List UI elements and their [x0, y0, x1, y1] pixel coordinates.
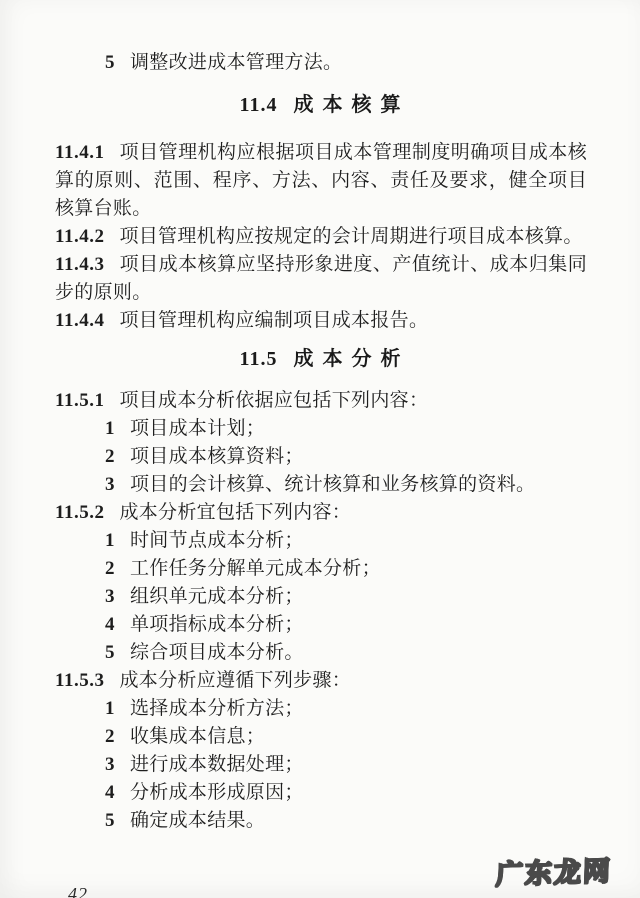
list-item-number: 2 [105, 558, 115, 579]
clause-11-4-2: 11.4.2项目管理机构应按规定的会计周期进行项目成本核算。 [55, 223, 587, 251]
section-number: 11.4 [240, 94, 278, 116]
list-item-number: 2 [105, 726, 115, 747]
list-item-number: 1 [105, 530, 115, 551]
list-item: 5综合项目成本分析。 [55, 639, 587, 667]
clause-11-4-3: 11.4.3项目成本核算应坚持形象进度、产值统计、成本归集同步的原则。 [55, 251, 587, 307]
list-item-text: 组织单元成本分析； [130, 586, 304, 607]
clause-number: 11.5.1 [55, 390, 104, 411]
clause-text: 项目成本分析依据应包括下列内容： [119, 390, 428, 411]
list-item-number: 4 [105, 614, 115, 635]
list-item-number: 5 [105, 642, 115, 663]
list-item-number: 2 [105, 446, 115, 467]
clause-11-5-3: 11.5.3成本分析应遵循下列步骤： [55, 667, 587, 695]
list-item-number: 3 [105, 474, 115, 495]
list-item-text: 收集成本信息； [130, 726, 265, 747]
list-item-text: 单项指标成本分析； [130, 614, 304, 635]
list-item-text: 综合项目成本分析。 [130, 642, 304, 663]
list-item-number: 4 [105, 782, 115, 803]
list-item: 3进行成本数据处理； [55, 751, 587, 779]
clause-text: 成本分析应遵循下列步骤： [119, 670, 351, 691]
document-page: 5调整改进成本管理方法。 11.4成 本 核 算 11.4.1项目管理机构应根据… [0, 0, 640, 898]
list-item-number: 1 [105, 418, 115, 439]
clause-number: 11.4.4 [55, 310, 104, 331]
clause-text: 项目管理机构应按规定的会计周期进行项目成本核算。 [119, 226, 582, 247]
page-number: 42 [68, 884, 88, 898]
section-number: 11.5 [240, 348, 278, 370]
list-item-text: 分析成本形成原因； [130, 782, 304, 803]
clause-text: 项目成本核算应坚持形象进度、产值统计、成本归集同步的原则。 [55, 254, 587, 303]
clause-text: 项目管理机构应编制项目成本报告。 [119, 310, 428, 331]
section-heading-11-5: 11.5成 本 分 析 [55, 347, 587, 371]
list-item-number: 1 [105, 698, 115, 719]
list-item-text: 工作任务分解单元成本分析； [130, 558, 381, 579]
list-item-text: 项目成本核算资料； [130, 446, 304, 467]
list-item-number: 3 [105, 754, 115, 775]
list-item-text: 项目成本计划； [130, 418, 265, 439]
list-item: 1时间节点成本分析； [55, 527, 587, 555]
list-item: 3项目的会计核算、统计核算和业务核算的资料。 [55, 471, 587, 499]
list-item: 5调整改进成本管理方法。 [55, 49, 587, 77]
list-item: 4单项指标成本分析； [55, 611, 587, 639]
clause-number: 11.4.3 [55, 254, 104, 275]
clause-number: 11.5.3 [55, 670, 104, 691]
clause-11-5-1: 11.5.1项目成本分析依据应包括下列内容： [55, 387, 587, 415]
clause-number: 11.4.1 [55, 142, 104, 163]
list-item-text: 项目的会计核算、统计核算和业务核算的资料。 [130, 474, 535, 495]
clause-text: 项目管理机构应根据项目成本管理制度明确项目成本核算的原则、范围、程序、方法、内容… [55, 142, 587, 219]
list-item: 5确定成本结果。 [55, 807, 587, 835]
list-item: 1项目成本计划； [55, 415, 587, 443]
list-item-text: 确定成本结果。 [130, 810, 265, 831]
clause-11-4-1: 11.4.1项目管理机构应根据项目成本管理制度明确项目成本核算的原则、范围、程序… [55, 139, 587, 223]
list-item-number: 5 [105, 52, 115, 73]
clause-11-5-2: 11.5.2成本分析宜包括下列内容： [55, 499, 587, 527]
section-heading-11-4: 11.4成 本 核 算 [55, 93, 587, 117]
watermark: 广东龙网 [495, 849, 612, 892]
clause-text: 成本分析宜包括下列内容： [119, 502, 351, 523]
page-content: 5调整改进成本管理方法。 11.4成 本 核 算 11.4.1项目管理机构应根据… [55, 49, 587, 835]
list-item: 3组织单元成本分析； [55, 583, 587, 611]
clause-number: 11.4.2 [55, 226, 104, 247]
list-item-number: 5 [105, 810, 115, 831]
list-item-text: 进行成本数据处理； [130, 754, 304, 775]
list-item: 4分析成本形成原因； [55, 779, 587, 807]
list-item: 2工作任务分解单元成本分析； [55, 555, 587, 583]
clause-number: 11.5.2 [55, 502, 104, 523]
list-item: 1选择成本分析方法； [55, 695, 587, 723]
list-item-text: 时间节点成本分析； [130, 530, 304, 551]
section-title: 成 本 核 算 [293, 94, 402, 116]
list-item: 2收集成本信息； [55, 723, 587, 751]
list-item-text: 调整改进成本管理方法。 [130, 52, 342, 73]
list-item-text: 选择成本分析方法； [130, 698, 304, 719]
section-title: 成 本 分 析 [293, 348, 402, 370]
list-item: 2项目成本核算资料； [55, 443, 587, 471]
list-item-number: 3 [105, 586, 115, 607]
clause-11-4-4: 11.4.4项目管理机构应编制项目成本报告。 [55, 307, 587, 335]
